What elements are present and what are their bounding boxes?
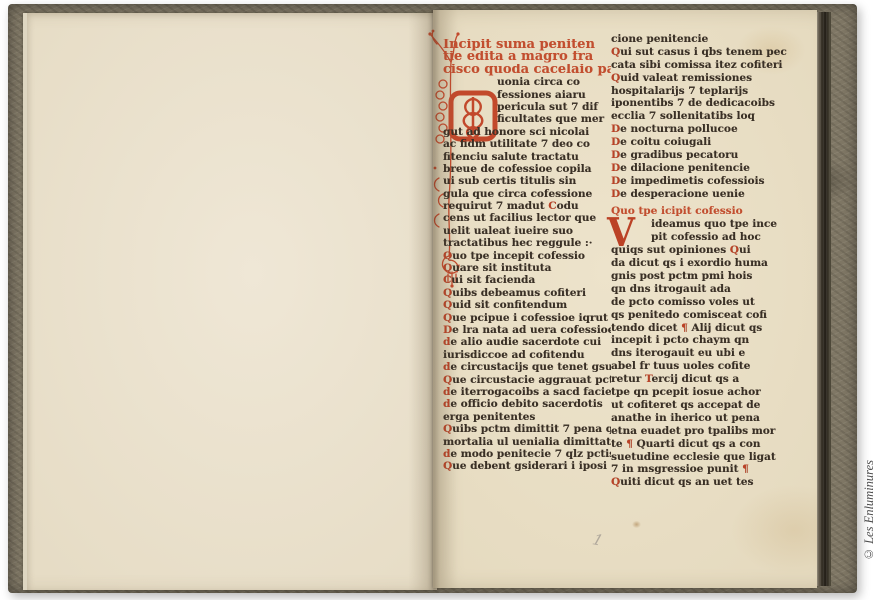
text-line: Cui sit facienda: [443, 274, 611, 286]
text-line: quiqs sut opiniones Qui: [611, 244, 799, 257]
text-line: pit cofessio ad hoc: [611, 231, 799, 244]
text-line: Quare sit instituta: [443, 262, 611, 274]
text-line: hospitalarijs 7 teplarijs: [611, 85, 799, 98]
text-line: Quid valeat remissiones: [611, 72, 799, 85]
text-line: Quid sit confitendum: [443, 299, 611, 311]
text-line: erga penitentes: [443, 411, 611, 423]
text-line: ut cofiteret qs accepat de: [611, 399, 799, 412]
text-line: requirut 7 madut Codu: [443, 200, 611, 212]
text-line: abel fr tuus uoles cofite: [611, 360, 799, 373]
text-line: De impedimetis cofessiois: [611, 175, 799, 188]
text-line: cisco quoda cacelaio parisie: [443, 64, 611, 76]
text-line: pericula sut 7 dif: [443, 101, 611, 113]
text-line: Que pcipue i cofessioe iqrut: [443, 312, 611, 324]
text-line: Quo tpe incepit cofessio: [443, 250, 611, 262]
text-line: Quibs debeamus cofiteri: [443, 287, 611, 299]
text-line: da dicut qs i exordio huma: [611, 257, 799, 270]
text-line: Que debent gsiderari i iposi: [443, 460, 611, 472]
text-line: De desperacione uenie: [611, 188, 799, 201]
text-line: etna euadet pro tpalibs mor: [611, 425, 799, 438]
initial-v-letter: V: [607, 210, 635, 255]
text-line: cione penitencie: [611, 33, 799, 46]
text-line: breue de cofessioe copila: [443, 163, 611, 175]
text-line: ecclia 7 sollenitatibs loq: [611, 110, 799, 123]
text-line: De coitu coiugali: [611, 136, 799, 149]
text-line: gula que circa cofessione: [443, 188, 611, 200]
text-column-1: Incipit suma penitentie edita a magro fr…: [443, 39, 611, 473]
text-line: Quiti dicut qs an uet tes: [611, 476, 799, 489]
text-line: Quibs pctm dimittit 7 pena q: [443, 423, 611, 435]
illuminated-initial-v: V: [607, 214, 635, 253]
text-line: gnis post pctm pmi hois: [611, 270, 799, 283]
text-line: Incipit suma peniten: [443, 39, 611, 51]
text-line: de alio audie sacerdote cui: [443, 336, 611, 348]
text-line: tractatibus hec reggule :·: [443, 237, 611, 249]
text-line: ui sub certis titulis sin: [443, 175, 611, 187]
text-line: de iterrogacoibs a sacd faciedis: [443, 386, 611, 398]
text-column-2: cione penitencieQui sut casus i qbs tene…: [611, 33, 799, 489]
text-line: ac fidm utilitate 7 deo co: [443, 138, 611, 150]
text-line: de officio debito sacerdotis: [443, 398, 611, 410]
text-line: tie edita a magro fra: [443, 51, 611, 63]
text-line: De gradibus pecatoru: [611, 149, 799, 162]
text-line: de circustacijs que tenet gsua: [443, 361, 611, 373]
text-line: uelit ualeat iueire suo: [443, 225, 611, 237]
text-line: de modo penitecie 7 qlz pctis: [443, 448, 611, 460]
credit-box: © Les Enluminures: [857, 423, 881, 598]
text-line: te ¶ Quarti dicut qs a con: [611, 438, 799, 451]
text-line: qs penitedo comisceat cofi: [611, 309, 799, 322]
text-line: mortalia ul uenialia dimittat: [443, 436, 611, 448]
text-line: retur Tercij dicut qs a: [611, 373, 799, 386]
text-line: gut ad honore sci nicolai: [443, 126, 611, 138]
text-line: ficultates que mer: [443, 113, 611, 125]
text-line: incepit i pcto chaym qn: [611, 334, 799, 347]
text-line: fitenciu salute tractatu: [443, 151, 611, 163]
text-line: 7 in msgressioe punit ¶: [611, 463, 799, 476]
text-line: ideamus quo tpe ince: [611, 218, 799, 231]
text-line: fessiones aiaru: [443, 89, 611, 101]
manuscript-photo: Q Incipit suma penitentie edita a magro …: [0, 0, 882, 600]
text-line: anathe in iherico ut pena: [611, 412, 799, 425]
pencil-folio-number: 1: [590, 531, 605, 550]
text-line: Quo tpe icipit cofessio: [611, 205, 799, 218]
text-line: de pcto comisso voles ut: [611, 296, 799, 309]
text-line: tendo dicet ¶ Alij dicut qs: [611, 322, 799, 335]
text-line: suetudine ecclesie que ligat: [611, 451, 799, 464]
text-line: qn dns itrogauit ada: [611, 283, 799, 296]
copyright-credit: © Les Enluminures: [862, 460, 877, 561]
text-line: cata sibi comissa itez cofiteri: [611, 59, 799, 72]
text-line: Qui sut casus i qbs tenem pec: [611, 46, 799, 59]
text-line: De dilacione penitencie: [611, 162, 799, 175]
text-line: iponentibs 7 de dedicacoibs: [611, 97, 799, 110]
text-line: De nocturna pollucoe: [611, 123, 799, 136]
text-line: cens ut facilius lector que: [443, 212, 611, 224]
text-line: iurisdiccoe ad cofitendu: [443, 349, 611, 361]
page-block-fore-edge: [817, 12, 831, 586]
text-line: dns iterogauit eu ubi e: [611, 347, 799, 360]
text-line: Que circustacie aggrauat pctm: [443, 374, 611, 386]
text-line: De lra nata ad uera cofessioez: [443, 324, 611, 336]
left-blank-page: [23, 13, 437, 590]
text-line: uonia circa co: [443, 76, 611, 88]
text-line: tpe qn pcepit iosue achor: [611, 386, 799, 399]
right-manuscript-page: Q Incipit suma penitentie edita a magro …: [433, 10, 817, 588]
